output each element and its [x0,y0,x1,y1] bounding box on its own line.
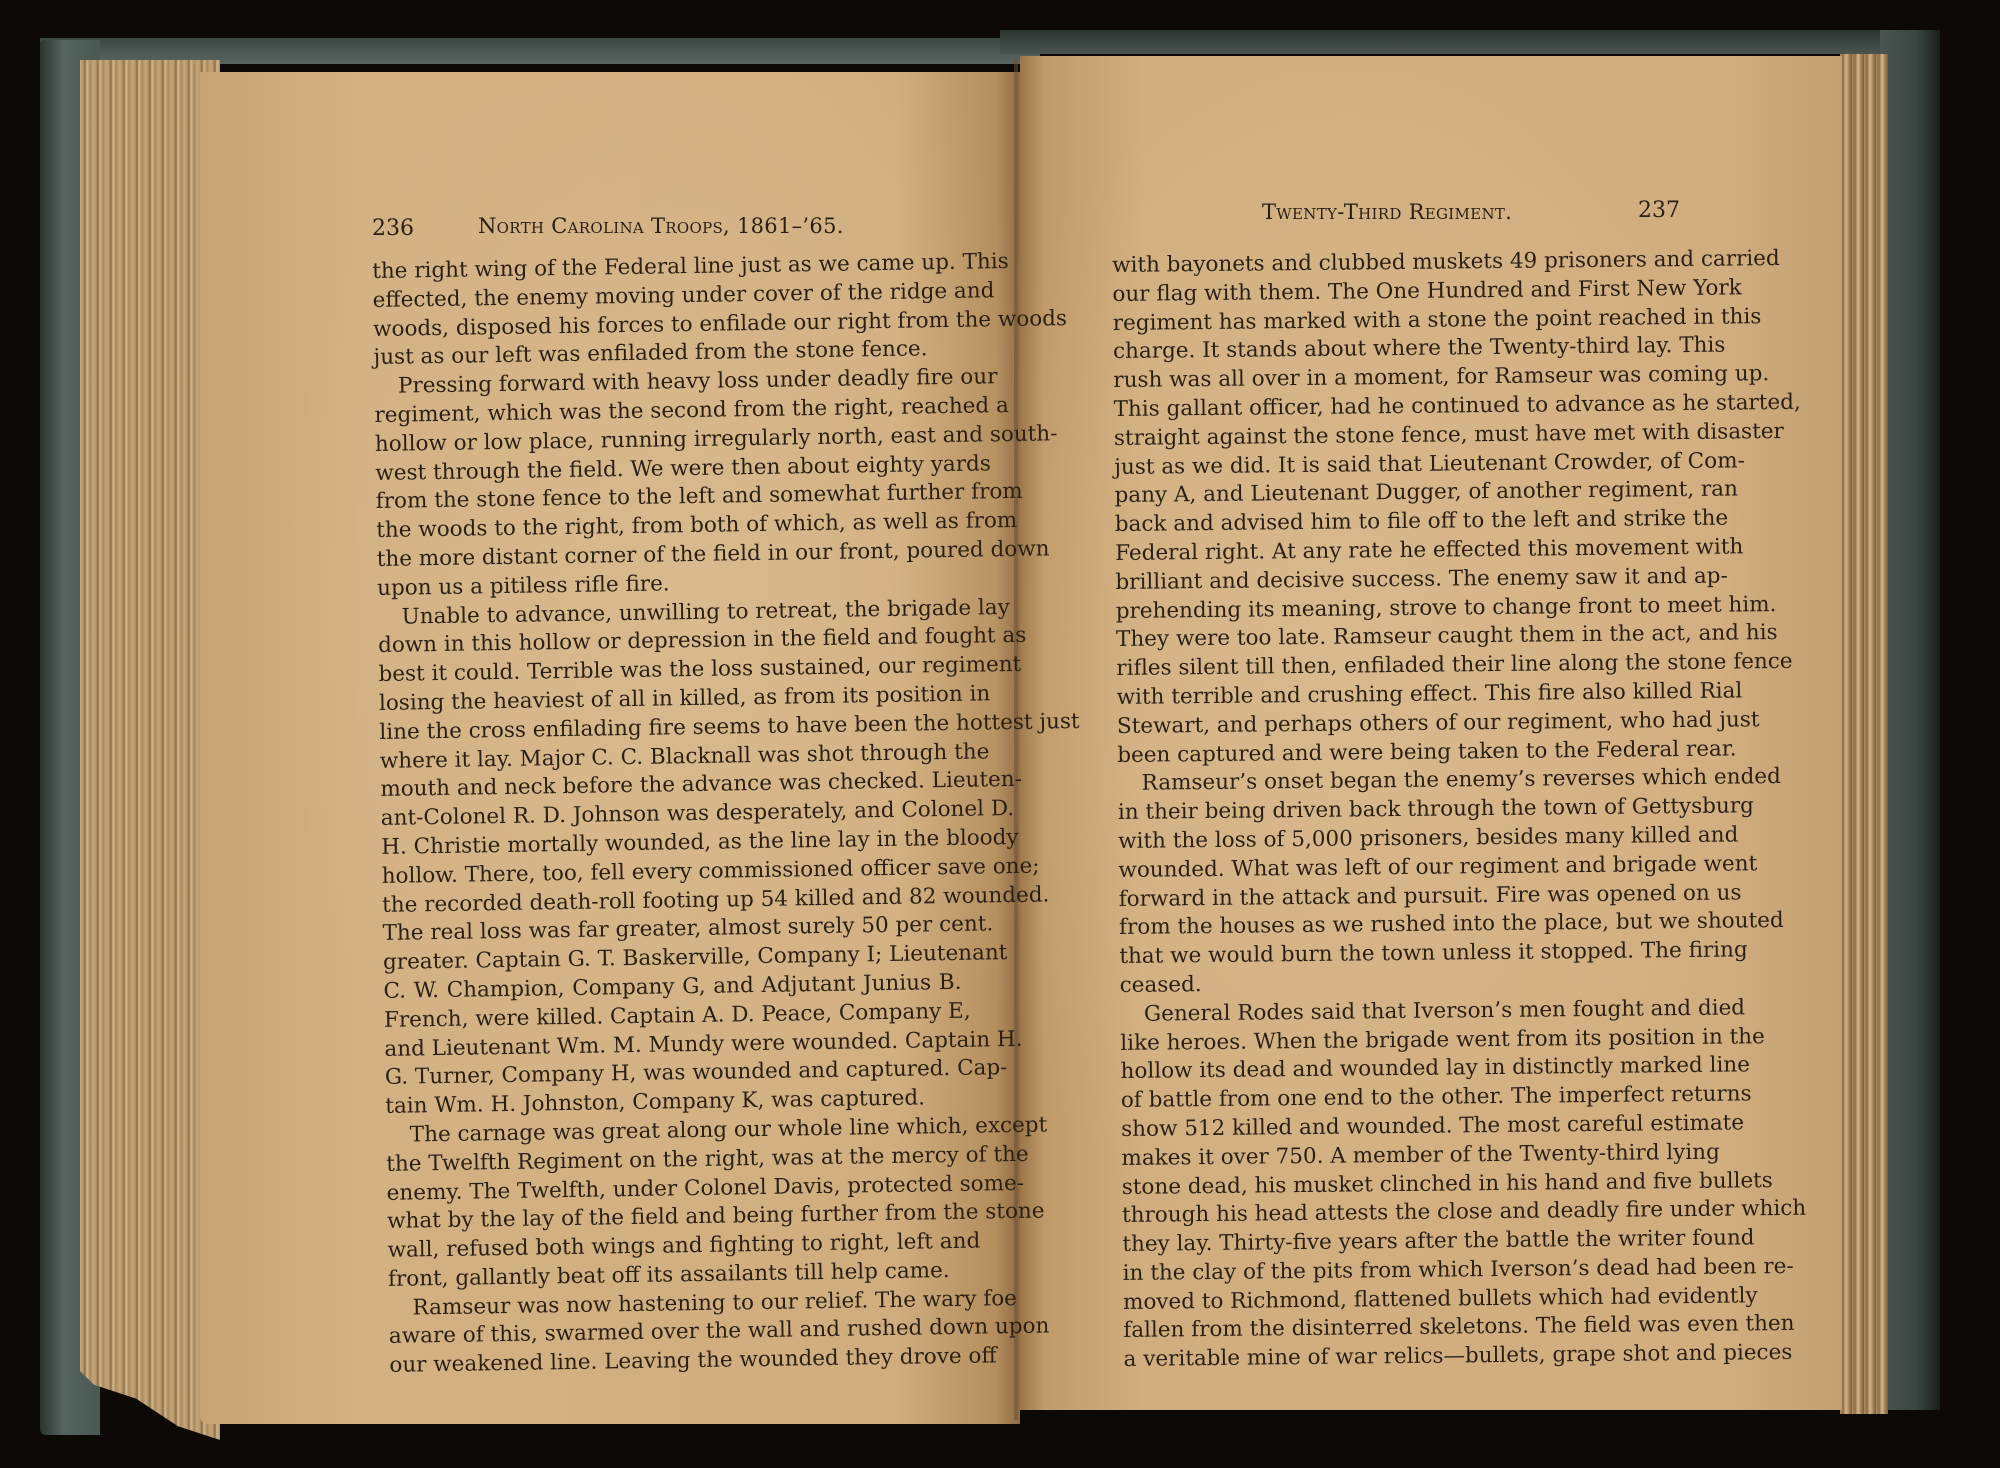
page-stack-right [1840,54,1888,1414]
left-running-head: North Carolina Troops, 1861–’65. [478,214,844,238]
page-stack-left [80,60,220,1440]
left-running-head-text: North Carolina Troops, 1861–’65. [478,214,844,238]
right-page-body: with bayonets and clubbed muskets 49 pri… [1112,246,1692,1375]
right-page-number: 237 [1638,198,1680,223]
right-running-head-text: Twenty-Third Regiment. [1262,200,1512,224]
right-running-head: Twenty-Third Regiment. [1262,200,1512,224]
text-line: that we would burn the town unless it st… [1119,937,1687,972]
text-line: a veritable mine of war relics—bullets, … [1123,1340,1691,1375]
left-page-body: the right wing of the Federal line just … [372,249,968,1381]
book-cover-right [1880,30,1940,1410]
left-page-number: 236 [372,216,414,241]
book-cover-top-right [1000,30,1940,54]
